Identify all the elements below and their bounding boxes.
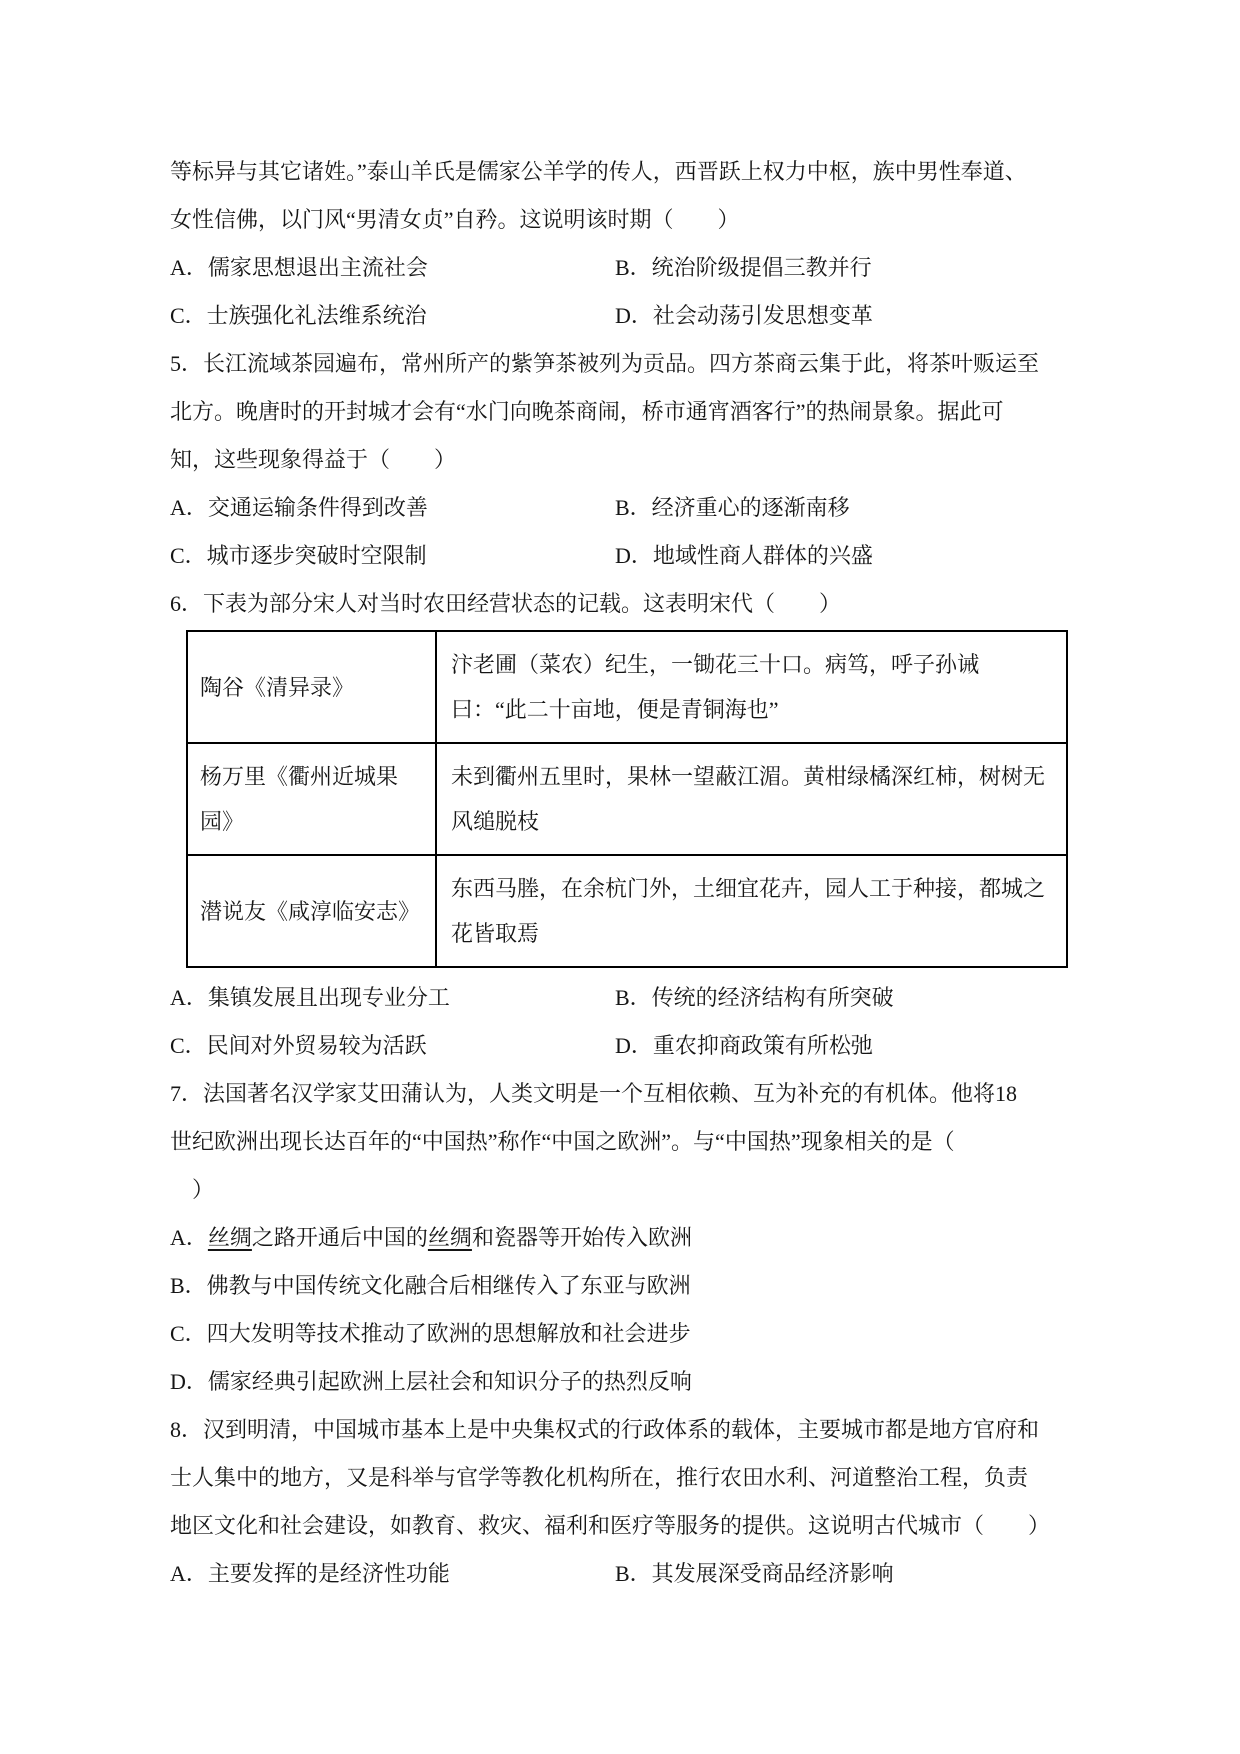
question-5: 5．长江流域茶园遍布，常州所产的紫笋茶被列为贡品。四方茶商云集于此，将茶叶贩运至… [170,340,1070,580]
table-row: 杨万里《衢州近城果园》 未到衢州五里时，果林一望蔽江湄。黄柑绿橘深红柿，树树无风… [187,743,1067,855]
question-6-option-c: C．民间对外贸易较为活跃 [170,1022,615,1070]
question-5-option-b: B．经济重心的逐渐南移 [615,484,1070,532]
question-4: 等标异与其它诸姓。”泰山羊氏是儒家公羊学的传人，西晋跃上权力中枢，族中男性奉道、… [170,148,1070,340]
question-7-option-d: D．儒家经典引起欧洲上层社会和知识分子的热烈反响 [170,1358,1070,1406]
question-7-option-c: C．四大发明等技术推动了欧洲的思想解放和社会进步 [170,1310,1070,1358]
option-a-underlined-term-2: 丝绸 [428,1225,472,1250]
question-6-option-b: B．传统的经济结构有所突破 [615,974,1070,1022]
question-5-option-a: A．交通运输条件得到改善 [170,484,615,532]
question-8-stem-line-2: 士人集中的地方，又是科举与官学等教化机构所在，推行农田水利、河道整治工程，负责 [170,1454,1070,1502]
question-7-stem-line-3: ） [170,1166,1070,1214]
table-row: 潜说友《咸淳临安志》 东西马塍，在余杭门外，土细宜花卉，园人工于种接，都城之花皆… [187,855,1067,967]
question-8-options-row-1: A．主要发挥的是经济性功能 B．其发展深受商品经济影响 [170,1550,1070,1598]
question-5-option-d: D．地域性商人群体的兴盛 [615,532,1070,580]
question-4-option-d: D．社会动荡引发思想变革 [615,292,1070,340]
question-7-stem-line-2: 世纪欧洲出现长达百年的“中国热”称作“中国之欧洲”。与“中国热”现象相关的是（ [170,1118,1070,1166]
question-6: 6．下表为部分宋人对当时农田经营状态的记载。这表明宋代（ ） 陶谷《清异录》 汴… [170,580,1070,1070]
question-6-option-a: A．集镇发展且出现专业分工 [170,974,615,1022]
table-row: 陶谷《清异录》 汴老圃（菜农）纪生，一锄花三十口。病笃，呼子孙诫曰：“此二十亩地… [187,631,1067,743]
question-4-options-row-2: C．士族强化礼法维系统治 D．社会动荡引发思想变革 [170,292,1070,340]
option-a-prefix: A． [170,1225,208,1250]
table-cell-record: 未到衢州五里时，果林一望蔽江湄。黄柑绿橘深红柿，树树无风缒脱枝 [436,743,1067,855]
question-7-option-b: B．佛教与中国传统文化融合后相继传入了东亚与欧洲 [170,1262,1070,1310]
question-5-option-c: C．城市逐步突破时空限制 [170,532,615,580]
question-5-options-row-2: C．城市逐步突破时空限制 D．地域性商人群体的兴盛 [170,532,1070,580]
question-7: 7．法国著名汉学家艾田蒲认为，人类文明是一个互相依赖、互为补充的有机体。他将18… [170,1070,1070,1406]
question-6-stem-line-1: 6．下表为部分宋人对当时农田经营状态的记载。这表明宋代（ ） [170,580,1070,628]
question-8-option-a: A．主要发挥的是经济性功能 [170,1550,615,1598]
question-5-stem-line-1: 5．长江流域茶园遍布，常州所产的紫笋茶被列为贡品。四方茶商云集于此，将茶叶贩运至 [170,340,1070,388]
table-cell-source: 陶谷《清异录》 [187,631,436,743]
question-7-option-a: A．丝绸之路开通后中国的丝绸和瓷器等开始传入欧洲 [170,1214,1070,1262]
question-6-options-row-1: A．集镇发展且出现专业分工 B．传统的经济结构有所突破 [170,974,1070,1022]
question-8-stem-line-1: 8．汉到明清，中国城市基本上是中央集权式的行政体系的载体，主要城市都是地方官府和 [170,1406,1070,1454]
question-5-stem-line-3: 知，这些现象得益于（ ） [170,436,1070,484]
question-4-option-c: C．士族强化礼法维系统治 [170,292,615,340]
question-4-stem-line-2: 女性信佛，以门风“男清女贞”自矜。这说明该时期（ ） [170,196,1070,244]
table-cell-record: 汴老圃（菜农）纪生，一锄花三十口。病笃，呼子孙诫曰：“此二十亩地，便是青铜海也” [436,631,1067,743]
option-a-underlined-term-1: 丝绸 [208,1225,252,1250]
question-7-stem-line-1: 7．法国著名汉学家艾田蒲认为，人类文明是一个互相依赖、互为补充的有机体。他将18 [170,1070,1070,1118]
question-8: 8．汉到明清，中国城市基本上是中央集权式的行政体系的载体，主要城市都是地方官府和… [170,1406,1070,1598]
option-a-suffix: 和瓷器等开始传入欧洲 [472,1225,692,1250]
table-cell-record: 东西马塍，在余杭门外，土细宜花卉，园人工于种接，都城之花皆取焉 [436,855,1067,967]
question-4-options-row-1: A．儒家思想退出主流社会 B．统治阶级提倡三教并行 [170,244,1070,292]
question-4-option-a: A．儒家思想退出主流社会 [170,244,615,292]
table-cell-source: 杨万里《衢州近城果园》 [187,743,436,855]
question-8-option-b: B．其发展深受商品经济影响 [615,1550,1070,1598]
option-a-middle: 之路开通后中国的 [252,1225,428,1250]
question-5-stem-line-2: 北方。晚唐时的开封城才会有“水门向晚茶商闹，桥市通宵酒客行”的热闹景象。据此可 [170,388,1070,436]
question-4-option-b: B．统治阶级提倡三教并行 [615,244,1070,292]
question-6-options-row-2: C．民间对外贸易较为活跃 D．重农抑商政策有所松弛 [170,1022,1070,1070]
question-4-stem-line-1: 等标异与其它诸姓。”泰山羊氏是儒家公羊学的传人，西晋跃上权力中枢，族中男性奉道、 [170,148,1070,196]
question-8-stem-line-3: 地区文化和社会建设，如教育、救灾、福利和医疗等服务的提供。这说明古代城市（ ） [170,1502,1070,1550]
exam-page: 等标异与其它诸姓。”泰山羊氏是儒家公羊学的传人，西晋跃上权力中枢，族中男性奉道、… [0,0,1240,1754]
table-cell-source: 潜说友《咸淳临安志》 [187,855,436,967]
question-6-option-d: D．重农抑商政策有所松弛 [615,1022,1070,1070]
song-farming-records-table: 陶谷《清异录》 汴老圃（菜农）纪生，一锄花三十口。病笃，呼子孙诫曰：“此二十亩地… [186,630,1068,968]
question-5-options-row-1: A．交通运输条件得到改善 B．经济重心的逐渐南移 [170,484,1070,532]
